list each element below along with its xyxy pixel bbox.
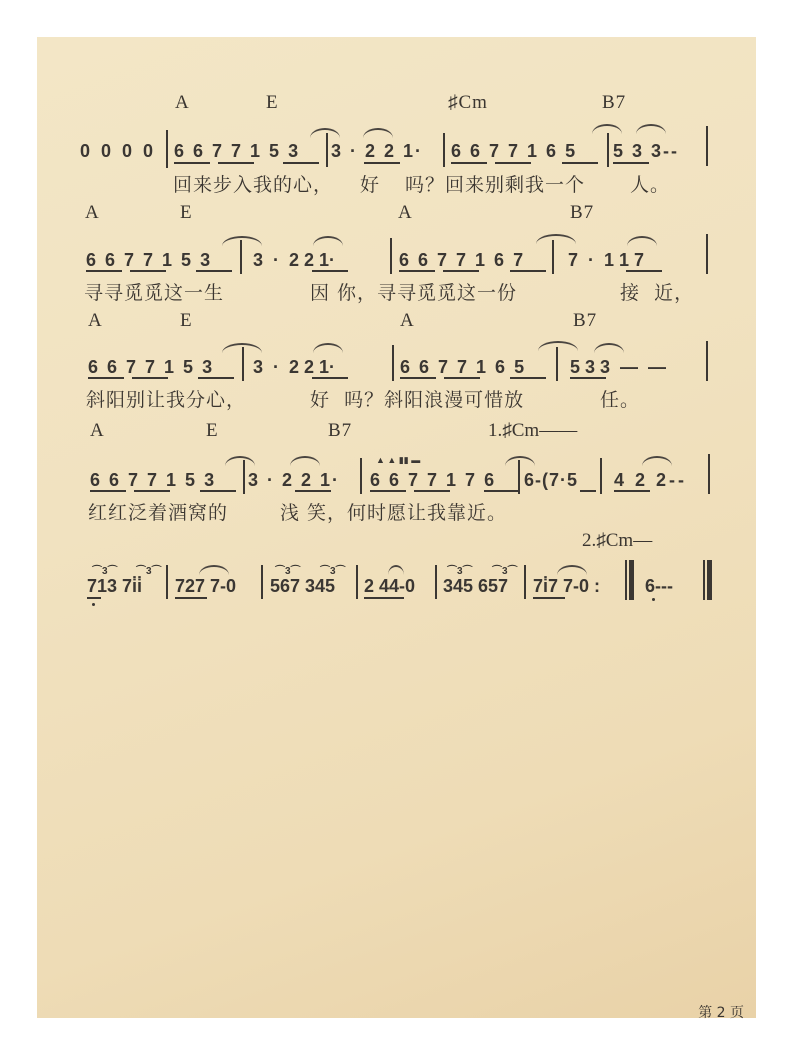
lyric: 好 吗？斜阳浪漫可惜放 (310, 385, 524, 412)
measure: 4 2 2-- (614, 470, 687, 491)
underline (364, 162, 400, 164)
underline (570, 377, 606, 379)
chord-label: A (400, 310, 415, 332)
underline (399, 270, 435, 272)
lyric: 吗？回来别剩我一个 (405, 170, 585, 197)
barline (326, 133, 328, 167)
triplet-mark: ⌒3⌒ (492, 562, 518, 577)
chord-label: A (88, 310, 103, 332)
barline (435, 565, 437, 599)
chord-label: B7 (570, 202, 594, 224)
volta-2-label: 2.♯Cm (582, 530, 633, 551)
chord-label: B7 (328, 420, 352, 442)
underline (218, 162, 254, 164)
measure: 6-(7·5 (524, 470, 578, 491)
volta-1-bracket: 1.♯Cm—— (488, 420, 577, 442)
measure: 567 345 (270, 576, 335, 597)
lyric: 好 (360, 170, 380, 197)
measure: 6 6 7 7 1 5 3 (90, 470, 216, 491)
chord-label: E (180, 202, 193, 224)
barline (443, 133, 445, 167)
lyric: 任。 (600, 385, 640, 412)
underline (614, 490, 650, 492)
underline (198, 377, 234, 379)
triplet-mark: ⌒3⌒ (320, 562, 346, 577)
lyric: 浅 笑，何时愿让我靠近。 (280, 498, 507, 525)
repeat-end-barline (625, 560, 627, 600)
underline (312, 377, 348, 379)
volta-2-bracket: 2.♯Cm— (582, 530, 652, 552)
chord-label: E (266, 92, 279, 114)
low-octave-dot (92, 603, 95, 606)
triplet-mark: ⌒3⌒ (92, 562, 118, 577)
underline (443, 270, 479, 272)
measure: 345 657 (443, 576, 508, 597)
underline (87, 597, 101, 599)
underline (196, 270, 232, 272)
underline (200, 490, 236, 492)
measure: 6 6 7 7 1 6 5 (400, 357, 526, 378)
barline (166, 130, 168, 168)
lyric: 接 近， (620, 278, 694, 305)
underline (414, 490, 450, 492)
underline (174, 162, 210, 164)
lyric: 寻寻觅觅这一生 (84, 278, 224, 305)
measure: 6 6 7 7 1 6 5 (451, 141, 577, 162)
underline (510, 377, 546, 379)
barline (390, 238, 392, 274)
measure: 6 6 7 7 1 7 6 (370, 470, 496, 491)
barline (356, 565, 358, 599)
low-octave-dot (652, 598, 655, 601)
barline (261, 565, 263, 599)
underline (533, 597, 565, 599)
underline (132, 377, 168, 379)
lyric: 斜阳别让我分心， (86, 385, 246, 412)
underline (134, 490, 170, 492)
accent-mark: ▲ ▲ ▮▮ ▬ (376, 455, 420, 466)
underline (444, 377, 480, 379)
lyric: 因 你，寻寻觅觅这一份 (310, 278, 517, 305)
underline (626, 270, 662, 272)
final-barline (703, 560, 705, 600)
chord-label: A (398, 202, 413, 224)
measure: 6 6 7 7 1 5 3 (88, 357, 214, 378)
barline (706, 341, 708, 381)
measure: 727 7-0 (175, 576, 236, 597)
measure: 3 · 2 2 1· (248, 470, 340, 491)
underline (283, 162, 319, 164)
underline (613, 162, 649, 164)
chord-label: B7 (602, 92, 626, 114)
barline (166, 565, 168, 599)
measure: 3 · 2 2 1· (331, 141, 423, 162)
underline (451, 162, 487, 164)
triplet-mark: ⌒3⌒ (136, 562, 162, 577)
barline (392, 345, 394, 381)
measure: 6--- (645, 576, 673, 597)
lyric: 人。 (630, 170, 670, 197)
underline (580, 490, 596, 492)
volta-line: —— (539, 420, 577, 441)
volta-1-label: 1.♯Cm (488, 420, 539, 441)
measure: 5 3 3-- (613, 141, 679, 162)
measure: 6 6 7 7 1 5 3 (86, 250, 212, 271)
measure: 7 · 1 1 7 (568, 250, 644, 271)
underline (175, 597, 207, 599)
lyric: 红红泛着酒窝的 (88, 498, 228, 525)
measure: 3 · 2 2 1· (253, 250, 335, 271)
triplet-mark: ⌒3⌒ (447, 562, 473, 577)
underline (510, 270, 546, 272)
underline (400, 377, 436, 379)
chord-label: A (175, 92, 190, 114)
volta-line: — (633, 530, 652, 551)
underline (312, 270, 348, 272)
repeat-end-barline (629, 560, 634, 600)
measure-rest: 0 0 0 0 (80, 141, 156, 162)
barline (556, 347, 558, 381)
barline (360, 458, 362, 494)
barline (706, 234, 708, 274)
underline (86, 270, 122, 272)
underline (364, 597, 404, 599)
chord-label: B7 (573, 310, 597, 332)
barline (524, 565, 526, 599)
chord-label: ♯Cm (448, 92, 488, 114)
underline (88, 377, 124, 379)
measure: 713 7i̇i̇ (87, 576, 142, 597)
chord-label: E (206, 420, 219, 442)
measure: 2 44-0 (364, 576, 415, 597)
chord-label: A (85, 202, 100, 224)
chord-label: A (90, 420, 105, 442)
underline (90, 490, 126, 492)
triplet-mark: ⌒3⌒ (275, 562, 301, 577)
measure: 6 6 7 7 1 6 7 (399, 250, 525, 271)
barline (552, 240, 554, 274)
underline (370, 490, 406, 492)
chord-label: E (180, 310, 193, 332)
underline (484, 490, 520, 492)
page-number: 第 2 页 (698, 1002, 744, 1022)
barline (600, 458, 602, 494)
underline (562, 162, 598, 164)
underline (295, 490, 331, 492)
barline (607, 133, 609, 167)
underline (495, 162, 531, 164)
measure: 6 6 7 7 1 5 3 (174, 141, 300, 162)
measure: 3 · 2 2 1· (253, 357, 335, 378)
barline (706, 126, 708, 166)
underline (130, 270, 166, 272)
lyric: 回来步入我的心， (173, 170, 333, 197)
measure: 5 3 3 — — (570, 357, 666, 378)
barline (708, 454, 710, 494)
measure: 7i̇7 7-0 : (533, 576, 600, 597)
final-barline (707, 560, 712, 600)
